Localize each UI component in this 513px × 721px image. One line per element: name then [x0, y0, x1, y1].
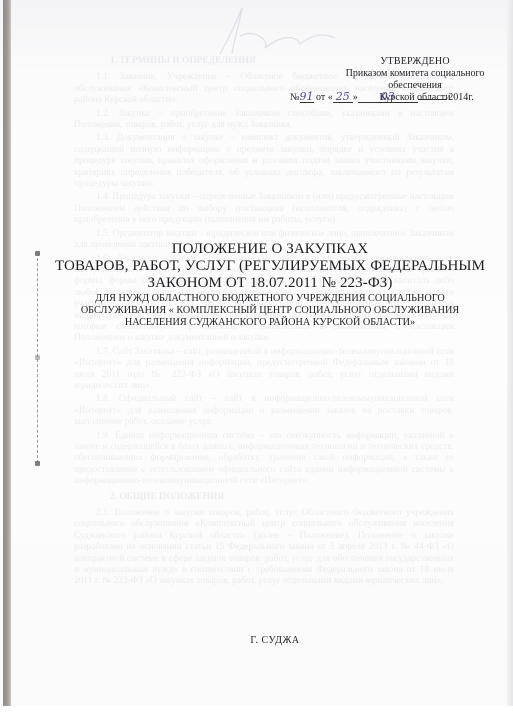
binding-strip	[3, 0, 11, 706]
bleed-paragraph: 1.7. Сайт Заказчика – сайт, размещенный …	[74, 347, 454, 393]
bleed-paragraph: 1.2. Закупка – приобретение Заказчиком с…	[74, 109, 454, 132]
approval-order-line: №91 от «25»03 2014г.	[290, 91, 474, 103]
approval-authority: Приказом комитета социального обеспечени…	[320, 68, 510, 92]
order-year: 2014г.	[448, 92, 473, 103]
approval-title: УТВЕРЖДЕНО	[320, 56, 510, 68]
staple-icon	[35, 355, 40, 360]
bleed-heading: 2. ОБЩИЕ ПОЛОЖЕНИЯ	[74, 492, 454, 503]
scanned-page: 1. ТЕРМИНЫ И ОПРЕДЕЛЕНИЯ 1.1. Заказчик, …	[0, 0, 513, 706]
bleed-paragraph: 1.8. Официальный сайт – сайт в информаци…	[74, 394, 454, 428]
bleed-paragraph: 1.9. Единая информационная система – это…	[74, 431, 454, 488]
title-line: ПОЛОЖЕНИЕ О ЗАКУПКАХ	[40, 241, 500, 258]
city-name: Г. СУДЖА	[180, 635, 370, 646]
title-line: ТОВАРОВ, РАБОТ, УСЛУГ (РЕГУЛИРУЕМЫХ ФЕДЕ…	[40, 258, 500, 275]
number-sign: №	[290, 92, 300, 103]
order-blank	[418, 99, 446, 100]
signature-scribble	[210, 6, 340, 56]
bleed-paragraph: 1.4. Процедура закупки – определенные За…	[74, 192, 454, 226]
order-day: 25	[333, 91, 353, 103]
subtitle-line: НАСЕЛЕНИЯ СУДЖАНСКОГО РАЙОНА КУРСКОЙ ОБЛ…	[40, 317, 500, 329]
order-number: 91	[300, 91, 314, 103]
from-label: от «	[316, 92, 333, 103]
title-line: ЗАКОНОМ ОТ 18.07.2011 № 223-ФЗ)	[40, 275, 500, 292]
subtitle-line: ОБСЛУЖИВАНИЯ « КОМПЛЕКСНЫЙ ЦЕНТР СОЦИАЛЬ…	[40, 305, 500, 317]
staple-icon	[35, 461, 40, 466]
document-title: ПОЛОЖЕНИЕ О ЗАКУПКАХ ТОВАРОВ, РАБОТ, УСЛ…	[40, 241, 500, 329]
subtitle-line: ДЛЯ НУЖД ОБЛАСТНОГО БЮДЖЕТНОГО УЧРЕЖДЕНИ…	[40, 293, 500, 305]
bleed-paragraph: 1.3. Документация о закупке – комплект д…	[74, 133, 454, 190]
scan-margin	[0, 706, 513, 721]
order-month: 03	[358, 91, 418, 103]
page-edge-shadow	[507, 0, 513, 706]
bleed-paragraph: 2.1. Положение о закупке товаров, работ,…	[74, 508, 454, 588]
